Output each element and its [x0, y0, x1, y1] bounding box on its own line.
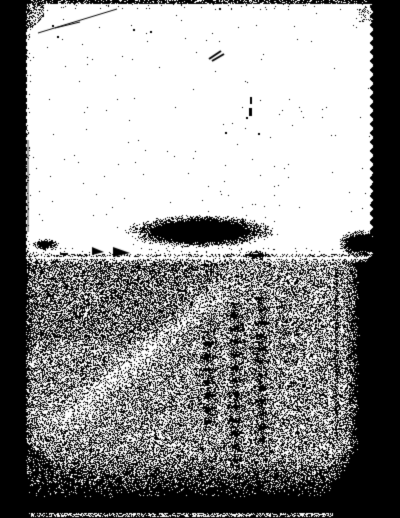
scanned-page [0, 0, 400, 518]
photo-canvas [0, 0, 400, 518]
